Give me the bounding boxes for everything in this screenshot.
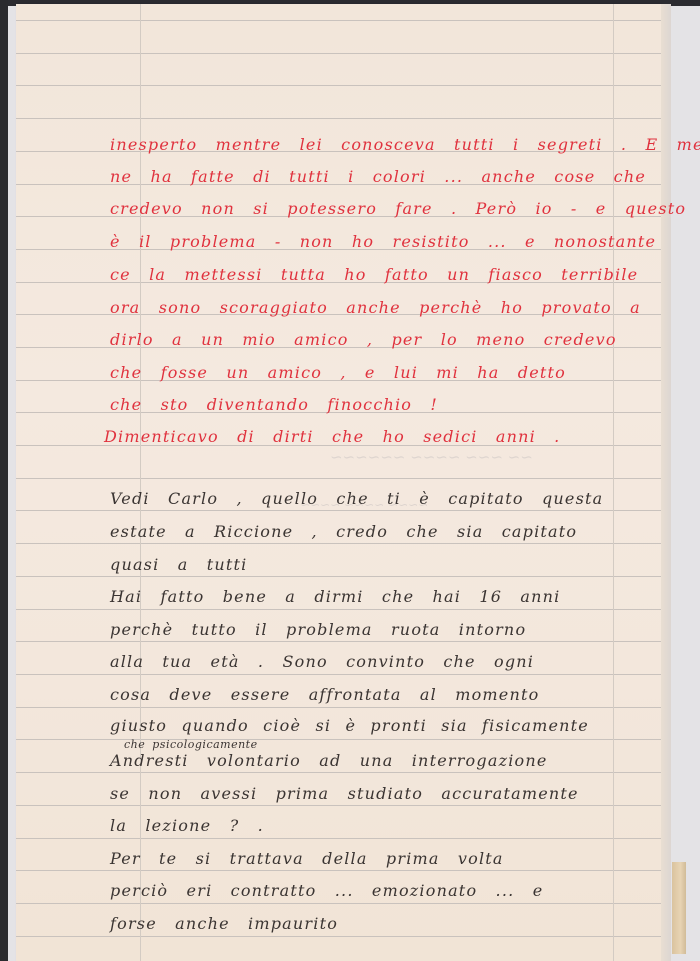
handwritten-line: forse anche impaurito — [110, 914, 338, 933]
handwritten-line: Vedi Carlo , quello che ti è capitato qu… — [110, 489, 603, 508]
ruled-line — [16, 478, 661, 479]
handwritten-line: quasi a tutti — [110, 555, 247, 574]
ruled-line — [16, 543, 661, 544]
handwritten-line: alla tua età . Sono convinto che ogni — [110, 652, 534, 671]
ruled-line — [16, 838, 661, 839]
handwritten-line: credevo non si potessero fare . Però io … — [110, 199, 686, 218]
handwritten-line: che sto diventando finocchio ! — [110, 395, 438, 414]
ruled-line — [16, 707, 661, 708]
ruled-line — [16, 53, 661, 54]
handwritten-line: che fosse un amico , e lui mi ha detto — [110, 363, 566, 382]
handwritten-line: cosa deve essere affrontata al momento — [110, 685, 539, 704]
ruled-line — [16, 576, 661, 577]
handwritten-line: se non avessi prima studiato accuratamen… — [110, 784, 579, 803]
adhesive-tape-strip — [672, 862, 686, 954]
handwritten-line: perciò eri contratto ... emozionato ... … — [110, 881, 543, 900]
handwritten-line: ora sono scoraggiato anche perchè ho pro… — [110, 298, 641, 317]
handwritten-line: Andresti volontario ad una interrogazion… — [110, 751, 548, 770]
interlinear-note: che psicologicamente — [124, 738, 258, 751]
handwritten-line: è il problema - non ho resistito ... e n… — [110, 232, 656, 251]
handwritten-line: perchè tutto il problema ruota intorno — [110, 620, 526, 639]
ruled-line — [16, 870, 661, 871]
handwritten-line: inesperto mentre lei conosceva tutti i s… — [110, 135, 700, 154]
ruled-line — [16, 641, 661, 642]
ruled-line — [16, 609, 661, 610]
ruled-line — [16, 20, 661, 21]
handwritten-line: estate a Riccione , credo che sia capita… — [110, 522, 577, 541]
scan-background-left — [0, 0, 8, 961]
handwritten-line: la lezione ? . — [110, 816, 264, 835]
handwritten-line: ne ha fatte di tutti i colori ... anche … — [110, 167, 646, 186]
handwritten-line: dirlo a un mio amico , per lo meno crede… — [110, 330, 617, 349]
ruled-line — [16, 805, 661, 806]
handwritten-line: Hai fatto bene a dirmi che hai 16 anni — [110, 587, 561, 606]
ruled-line — [16, 903, 661, 904]
ruled-line — [16, 85, 661, 86]
handwritten-line: giusto quando cioè si è pronti sia fisic… — [110, 716, 589, 735]
ruled-line — [16, 674, 661, 675]
bleed-through-text: ~~ ~~~ ~~~~ ~~~~~~ — [330, 448, 533, 466]
ruled-line — [16, 739, 661, 740]
handwritten-line: ce la mettessi tutta ho fatto un fiasco … — [110, 265, 638, 284]
ruled-line — [16, 118, 661, 119]
handwritten-line: Per te si trattava della prima volta — [110, 849, 504, 868]
ruled-line — [16, 936, 661, 937]
handwritten-line: Dimenticavo di dirti che ho sedici anni … — [104, 427, 560, 446]
ruled-line — [16, 772, 661, 773]
